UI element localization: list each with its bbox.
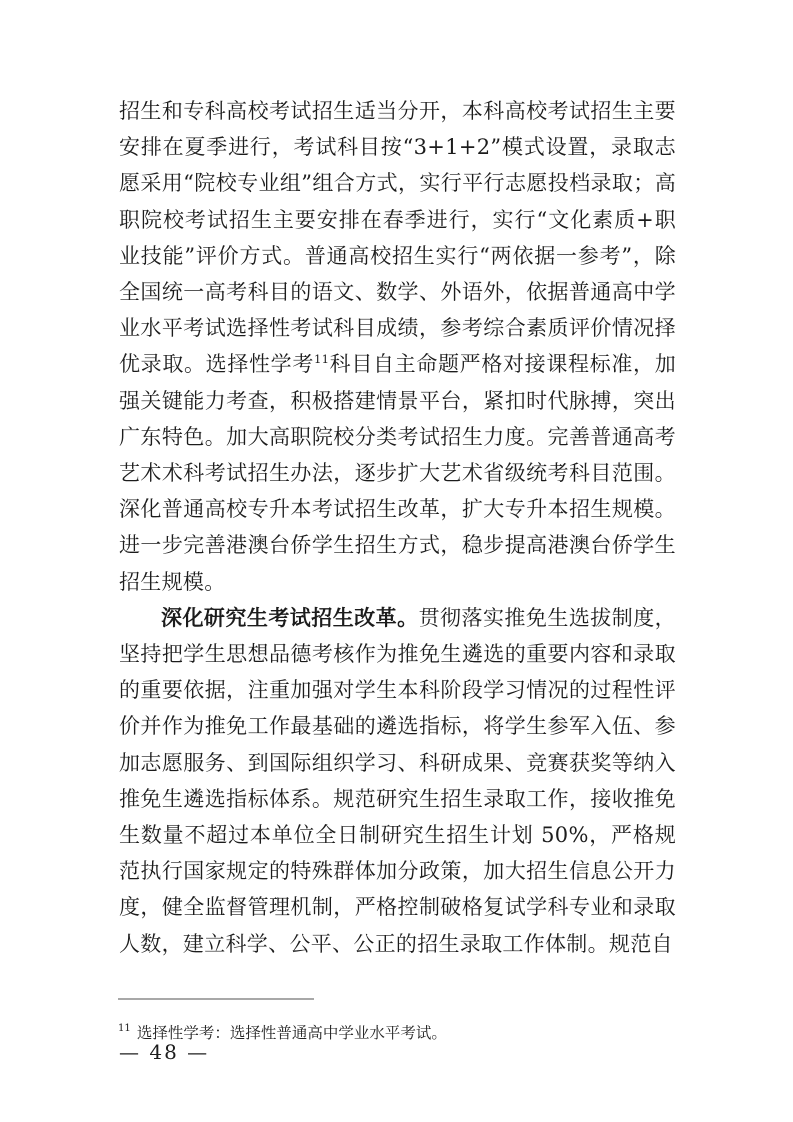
page-number: — 48 — <box>119 1040 209 1064</box>
footnote-separator <box>118 998 314 1000</box>
footnote-ref-11: 11 <box>314 352 329 366</box>
paragraph-1-text-before-ref: 招生和专科高校考试招生适当分开，本科高校考试招生主要安排在夏季进行，考试科目按“… <box>119 99 676 376</box>
paragraph-graduate-admission-reform: 深化研究生考试招生改革。贯彻落实推免生选拔制度，坚持把学生思想品德考核作为推免生… <box>119 600 676 962</box>
footnote-marker: 11 <box>118 1023 131 1034</box>
document-body: 招生和专科高校考试招生适当分开，本科高校考试招生主要安排在夏季进行，考试科目按“… <box>119 93 676 962</box>
paragraph-2-text: 贯彻落实推免生选拔制度，坚持把学生思想品德考核作为推免生遴选的重要内容和录取的重… <box>119 606 676 956</box>
paragraph-2-bold-lead: 深化研究生考试招生改革。 <box>161 605 419 630</box>
paragraph-continuation: 招生和专科高校考试招生适当分开，本科高校考试招生主要安排在夏季进行，考试科目按“… <box>119 93 676 600</box>
document-page: 招生和专科高校考试招生适当分开，本科高校考试招生主要安排在夏季进行，考试科目按“… <box>0 0 793 1122</box>
paragraph-1-text-after-ref: 科目自主命题严格对接课程标准，加强关键能力考查，积极搭建情景平台，紧扣时代脉搏，… <box>119 352 676 593</box>
footnote-text: 选择性学考：选择性普通高中学业水平考试。 <box>137 1024 447 1042</box>
